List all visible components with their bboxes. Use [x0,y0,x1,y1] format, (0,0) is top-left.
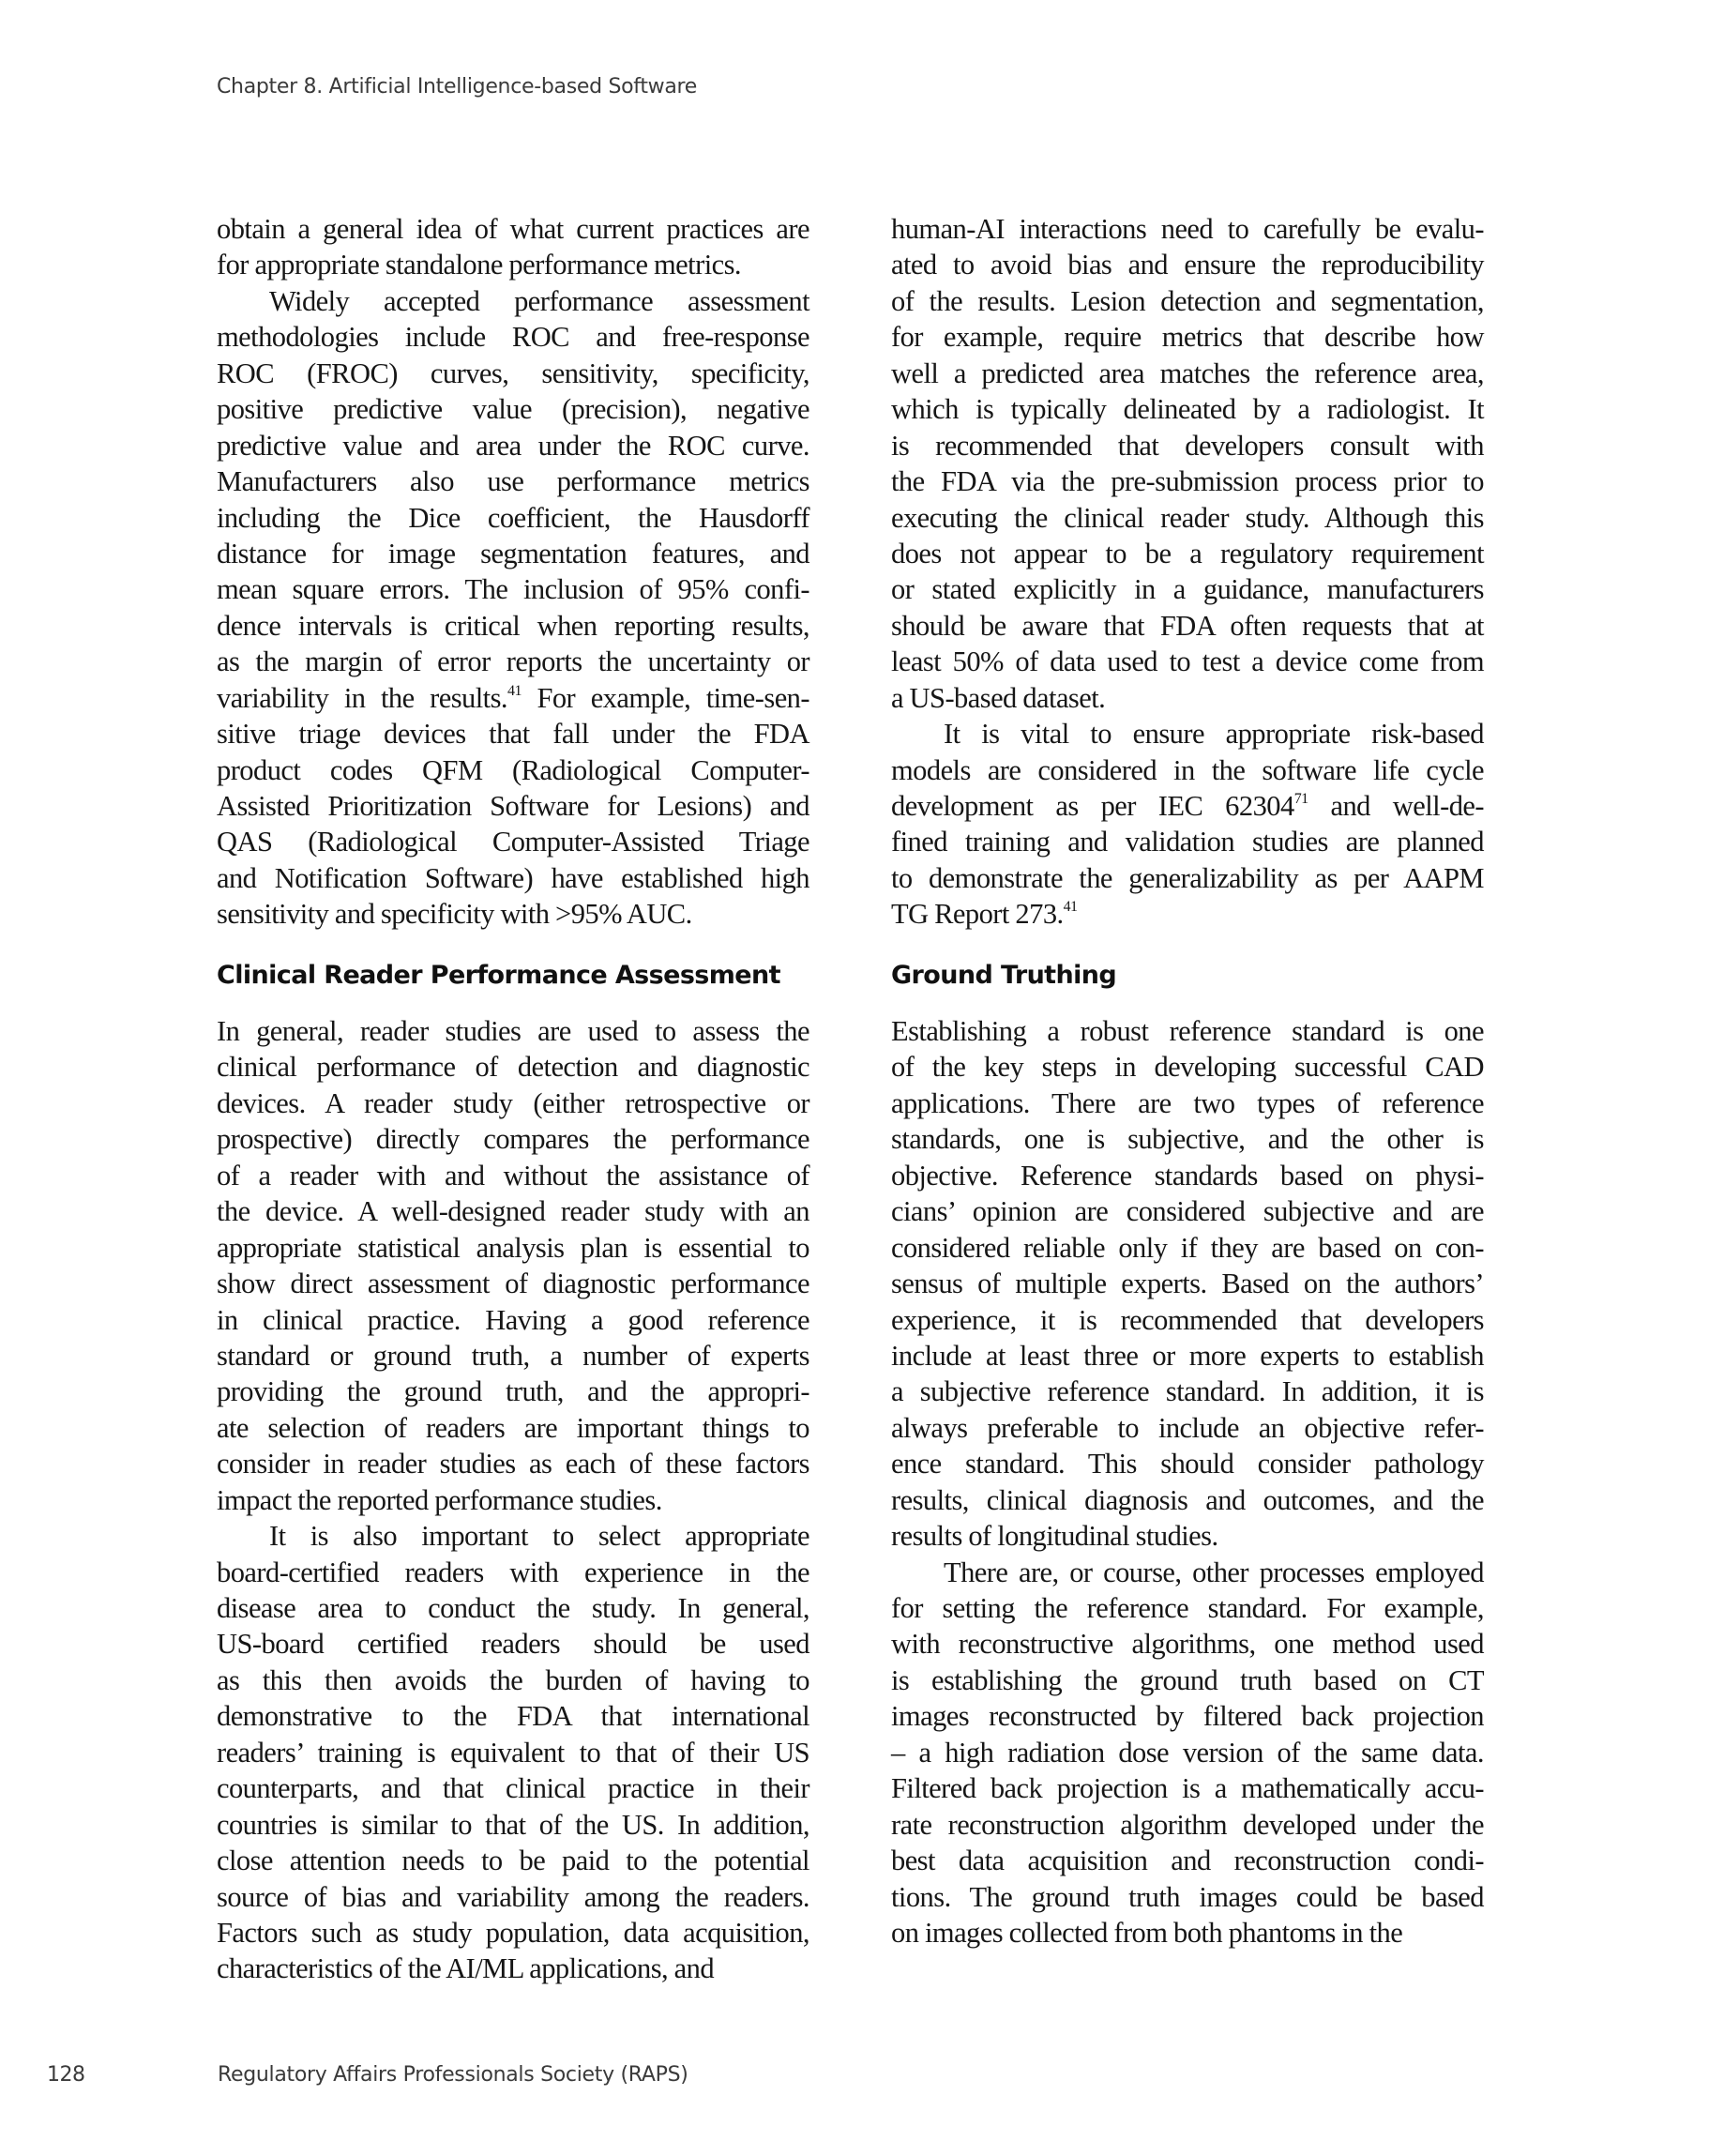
text-line: and Notification Software) have establis… [217,860,809,896]
text-line: considered reliable only if they are bas… [891,1230,1484,1266]
text-line: a subjective reference standard. In addi… [891,1374,1484,1409]
text-line: close attention needs to be paid to the … [217,1843,809,1878]
text-line: clinical performance of detection and di… [217,1049,809,1085]
text-line: experience, it is recommended that devel… [891,1302,1484,1338]
text-line: standard or ground truth, a number of ex… [217,1338,809,1374]
text-line: – a high radiation dose version of the s… [891,1735,1484,1770]
text-line: There are, or course, other processes em… [891,1555,1484,1590]
text-line: development as per IEC 6230471 and well-… [891,788,1484,824]
text-line: best data acquisition and reconstruction… [891,1843,1484,1878]
text-line: appropriate statistical analysis plan is… [217,1230,809,1266]
text-line: should be aware that FDA often requests … [891,608,1484,644]
text-line: methodologies include ROC and free-respo… [217,319,809,355]
text-line: TG Report 273.41 [891,896,1484,932]
text-line: ate selection of readers are important t… [217,1410,809,1446]
left-body-block-1: obtain a general idea of what current pr… [217,211,809,933]
text-line: ence standard. This should consider path… [891,1446,1484,1481]
text-line: standards, one is subjective, and the ot… [891,1121,1484,1157]
text-line: a US-based dataset. [891,680,1484,716]
text-line: obtain a general idea of what current pr… [217,211,809,247]
text-line: ated to avoid bias and ensure the reprod… [891,247,1484,282]
text-line: of a reader with and without the assista… [217,1158,809,1193]
text-line: Factors such as study population, data a… [217,1915,809,1951]
text-line: It is also important to select appropria… [217,1518,809,1554]
text-line: tions. The ground truth images could be … [891,1879,1484,1915]
right-body-block-2: Establishing a robust reference standard… [891,1013,1484,1951]
text-line: with reconstructive algorithms, one meth… [891,1626,1484,1662]
text-line: product codes QFM (Radiological Computer… [217,752,809,788]
text-line: in clinical practice. Having a good refe… [217,1302,809,1338]
text-line: the device. A well-designed reader study… [217,1193,809,1229]
text-line: sensitivity and specificity with >95% AU… [217,896,809,932]
text-line: consider in reader studies as each of th… [217,1446,809,1481]
running-header: Chapter 8. Artificial Intelligence-based… [217,75,697,99]
text-line: is establishing the ground truth based o… [891,1663,1484,1698]
text-line: as this then avoids the burden of having… [217,1663,809,1698]
text-line: positive predictive value (precision), n… [217,391,809,427]
text-line: on images collected from both phantoms i… [891,1915,1484,1951]
footnote-reference: 41 [1064,899,1078,915]
text-line: mean square errors. The inclusion of 95%… [217,571,809,607]
text-line: images reconstructed by filtered back pr… [891,1698,1484,1734]
text-line: impact the reported performance studies. [217,1482,809,1518]
text-line: objective. Reference standards based on … [891,1158,1484,1193]
text-line: counterparts, and that clinical practice… [217,1770,809,1806]
text-line: of the key steps in developing successfu… [891,1049,1484,1085]
text-line: for setting the reference standard. For … [891,1590,1484,1626]
right-body-block-1: human-AI interactions need to carefully … [891,211,1484,933]
text-line: cians’ opinion are considered subjective… [891,1193,1484,1229]
page-number: 128 [47,2063,85,2087]
text-line: predictive value and area under the ROC … [217,428,809,463]
text-line: ROC (FROC) curves, sensitivity, specific… [217,356,809,391]
text-line: show direct assessment of diagnostic per… [217,1266,809,1301]
text-line: Widely accepted performance assessment [217,283,809,319]
text-line: of the results. Lesion detection and seg… [891,283,1484,319]
text-line: does not appear to be a regulatory requi… [891,536,1484,571]
text-line: countries is similar to that of the US. … [217,1807,809,1843]
text-line: for appropriate standalone performance m… [217,247,809,282]
text-line: applications. There are two types of ref… [891,1086,1484,1121]
text-line: including the Dice coefficient, the Haus… [217,500,809,536]
footnote-reference: 71 [1294,791,1308,807]
text-line: rate reconstruction algorithm developed … [891,1807,1484,1843]
text-line: Filtered back projection is a mathematic… [891,1770,1484,1806]
text-line: demonstrative to the FDA that internatio… [217,1698,809,1734]
text-line: Assisted Prioritization Software for Les… [217,788,809,824]
text-line: as the margin of error reports the uncer… [217,644,809,679]
text-line: to demonstrate the generalizability as p… [891,860,1484,896]
text-line: It is vital to ensure appropriate risk-b… [891,716,1484,752]
text-line: characteristics of the AI/ML application… [217,1951,809,1986]
text-line: sensus of multiple experts. Based on the… [891,1266,1484,1301]
text-line: dence intervals is critical when reporti… [217,608,809,644]
text-line: board-certified readers with experience … [217,1555,809,1590]
footnote-reference: 41 [507,683,522,699]
text-line: devices. A reader study (either retrospe… [217,1086,809,1121]
text-line: US-board certified readers should be use… [217,1626,809,1662]
footer-publisher: Regulatory Affairs Professionals Society… [218,2063,688,2087]
text-line: results, clinical diagnosis and outcomes… [891,1482,1484,1518]
text-line: always preferable to include an objectiv… [891,1410,1484,1446]
text-line: human-AI interactions need to carefully … [891,211,1484,247]
text-line: source of bias and variability among the… [217,1879,809,1915]
text-line: executing the clinical reader study. Alt… [891,500,1484,536]
text-line: for example, require metrics that descri… [891,319,1484,355]
text-line: readers’ training is equivalent to that … [217,1735,809,1770]
text-line: models are considered in the software li… [891,752,1484,788]
text-line: QAS (Radiological Computer-Assisted Tria… [217,824,809,859]
section-heading-clinical-reader: Clinical Reader Performance Assessment [217,961,780,990]
text-line: include at least three or more experts t… [891,1338,1484,1374]
text-line: disease area to conduct the study. In ge… [217,1590,809,1626]
text-line: least 50% of data used to test a device … [891,644,1484,679]
text-line: variability in the results.41 For exampl… [217,680,809,716]
text-line: prospective) directly compares the perfo… [217,1121,809,1157]
text-line: Manufacturers also use performance metri… [217,463,809,499]
text-line: results of longitudinal studies. [891,1518,1484,1554]
text-line: is recommended that developers consult w… [891,428,1484,463]
text-line: the FDA via the pre-submission process p… [891,463,1484,499]
text-line: distance for image segmentation features… [217,536,809,571]
text-line: providing the ground truth, and the appr… [217,1374,809,1409]
text-line: sitive triage devices that fall under th… [217,716,809,752]
section-heading-ground-truthing: Ground Truthing [891,961,1116,990]
left-body-block-2: In general, reader studies are used to a… [217,1013,809,1987]
text-line: which is typically delineated by a radio… [891,391,1484,427]
text-line: well a predicted area matches the refere… [891,356,1484,391]
text-line: or stated explicitly in a guidance, manu… [891,571,1484,607]
text-line: fined training and validation studies ar… [891,824,1484,859]
text-line: Establishing a robust reference standard… [891,1013,1484,1049]
text-line: In general, reader studies are used to a… [217,1013,809,1049]
